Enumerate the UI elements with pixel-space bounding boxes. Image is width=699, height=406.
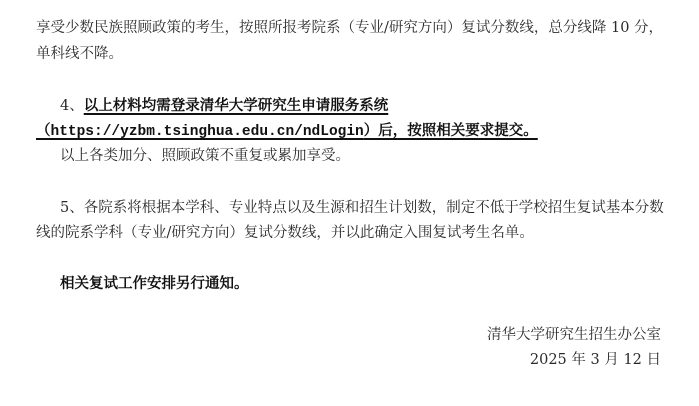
minority-policy-line-2: 单科线不降。 xyxy=(36,44,123,64)
item-5-line-2: 线的院系学科（专业/研究方向）复试分数线，并以此确定入围复试考生名单。 xyxy=(36,223,534,243)
signature-date: 2025 年 3 月 12 日 xyxy=(530,350,661,370)
item-4-line-1: 4、以上材料均需登录清华大学研究生申请服务系统 xyxy=(60,96,388,116)
item-4-instruction: 以上材料均需登录清华大学研究生申请服务系统 xyxy=(84,97,389,114)
minority-policy-line-1: 享受少数民族照顾政策的考生，按照所报考院系（专业/研究方向）复试分数线，总分线降… xyxy=(36,18,663,38)
item-4-number: 4、 xyxy=(60,98,84,114)
item-4-line-2: （https://yzbm.tsinghua.edu.cn/ndLogin）后，… xyxy=(36,121,538,142)
item-4-line-3: 以上各类加分、照顾政策不重复或累加享受。 xyxy=(60,146,350,166)
submit-instruction: ）后，按照相关要求提交。 xyxy=(364,122,538,139)
notice-text: 相关复试工作安排另行通知。 xyxy=(60,274,249,294)
system-url-link[interactable]: https://yzbm.tsinghua.edu.cn/ndLogin xyxy=(51,124,364,140)
signature-office: 清华大学研究生招生办公室 xyxy=(487,325,661,345)
paren-open: （ xyxy=(36,122,51,139)
item-5-line-1: 5、各院系将根据本学科、专业特点以及生源和招生计划数，制定不低于学校招生复试基本… xyxy=(60,198,664,218)
